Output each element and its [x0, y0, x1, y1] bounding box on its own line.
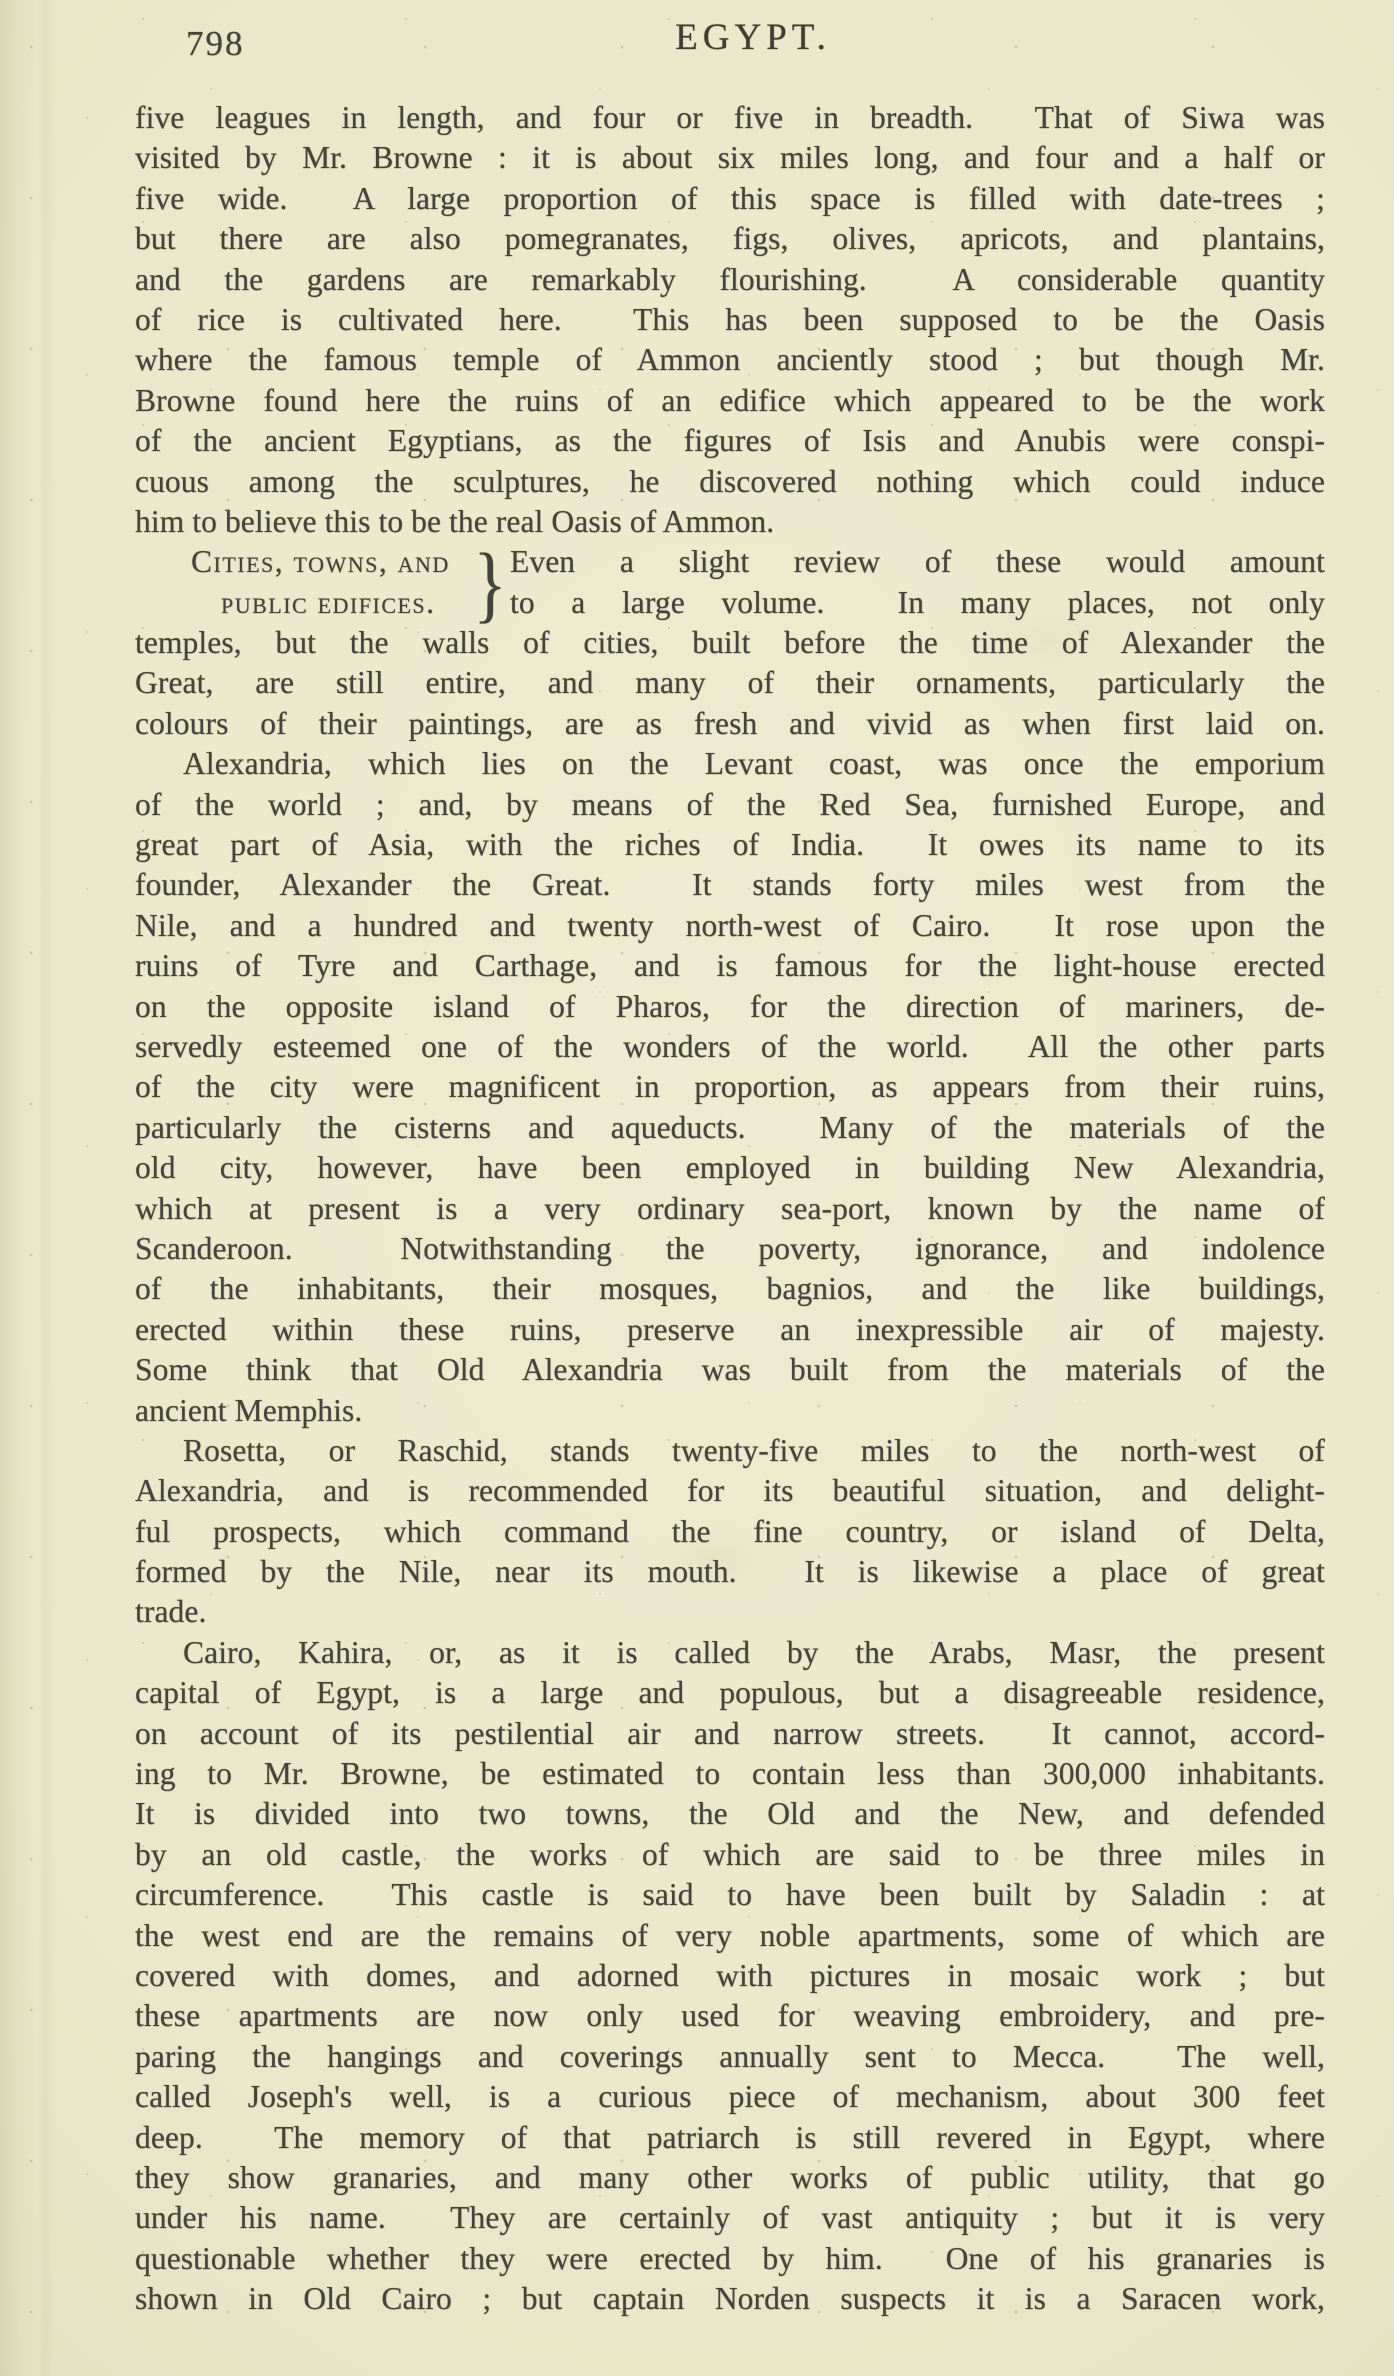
text-line: which at present is a very ordinary sea-… — [135, 1189, 1325, 1229]
text-line: trade. — [135, 1592, 1325, 1632]
sidehead-brace: } — [474, 542, 506, 623]
text-line: Alexandria, and is recommended for its b… — [135, 1471, 1325, 1511]
text-line: of the world ; and, by means of the Red … — [135, 785, 1325, 825]
text-line: visited by Mr. Browne : it is about six … — [135, 138, 1325, 178]
text-line: Great, are still entire, and many of the… — [135, 663, 1325, 703]
text-line: to a large volume. In many places, not o… — [510, 583, 1325, 623]
text-line: formed by the Nile, near its mouth. It i… — [135, 1552, 1325, 1592]
sidehead-texts: Even a slight review of these would amou… — [510, 542, 1325, 623]
text-line: temples, but the walls of cities, built … — [135, 623, 1325, 663]
text-line: shown in Old Cairo ; but captain Norden … — [135, 2279, 1325, 2319]
running-head: EGYPT. — [56, 16, 1394, 59]
text-line: capital of Egypt, is a large and populou… — [135, 1673, 1325, 1713]
text-line: cuous among the sculptures, he discovere… — [135, 462, 1325, 502]
text-line: and the gardens are remarkably flourishi… — [135, 260, 1325, 300]
text-line: circumference. This castle is said to ha… — [135, 1875, 1325, 1915]
text-line: five wide. A large proportion of this sp… — [135, 179, 1325, 219]
text-line: Even a slight review of these would amou… — [510, 542, 1325, 582]
text-line: by an old castle, the works of which are… — [135, 1835, 1325, 1875]
text-line: but there are also pomegranates, figs, o… — [135, 219, 1325, 259]
cities-towns-sidehead: Cities, towns, andpublic edifices.}Even … — [135, 542, 1325, 623]
text-line: him to believe this to be the real Oasis… — [135, 502, 1325, 542]
text-line: where the famous temple of Ammon ancient… — [135, 340, 1325, 380]
text-line: of rice is cultivated here. This has bee… — [135, 300, 1325, 340]
text-line: called Joseph's well, is a curious piece… — [135, 2077, 1325, 2117]
text-line: servedly esteemed one of the wonders of … — [135, 1027, 1325, 1067]
text-line: ancient Memphis. — [135, 1391, 1325, 1431]
text-line: erected within these ruins, preserve an … — [135, 1310, 1325, 1350]
text-line: Alexandria, which lies on the Levant coa… — [135, 744, 1325, 784]
text-line: of the inhabitants, their mosques, bagni… — [135, 1269, 1325, 1309]
book-page: 798 EGYPT. five leagues in length, and f… — [0, 0, 1394, 2376]
text-line: Nile, and a hundred and twenty north-wes… — [135, 906, 1325, 946]
text-line: on account of its pestilential air and n… — [135, 1714, 1325, 1754]
sidehead-label: public edifices. — [135, 583, 470, 623]
text-line: covered with domes, and adorned with pic… — [135, 1956, 1325, 1996]
sidehead-labels: Cities, towns, andpublic edifices. — [135, 542, 470, 623]
text-line: colours of their paintings, are as fresh… — [135, 704, 1325, 744]
text-line: particularly the cisterns and aqueducts.… — [135, 1108, 1325, 1148]
text-line: Rosetta, or Raschid, stands twenty-five … — [135, 1431, 1325, 1471]
text-line: of the ancient Egyptians, as the figures… — [135, 421, 1325, 461]
text-line: five leagues in length, and four or five… — [135, 98, 1325, 138]
text-line: these apartments are now only used for w… — [135, 1996, 1325, 2036]
text-line: Cairo, Kahira, or, as it is called by th… — [135, 1633, 1325, 1673]
text-line: Scanderoon. Notwithstanding the poverty,… — [135, 1229, 1325, 1269]
text-line: Browne found here the ruins of an edific… — [135, 381, 1325, 421]
text-line: under his name. They are certainly of va… — [135, 2198, 1325, 2238]
text-line: great part of Asia, with the riches of I… — [135, 825, 1325, 865]
text-line: they show granaries, and many other work… — [135, 2158, 1325, 2198]
text-line: on the opposite island of Pharos, for th… — [135, 987, 1325, 1027]
text-line: ful prospects, which command the fine co… — [135, 1512, 1325, 1552]
text-line: It is divided into two towns, the Old an… — [135, 1794, 1325, 1834]
text-line: of the city were magnificent in proporti… — [135, 1067, 1325, 1107]
text-line: deep. The memory of that patriarch is st… — [135, 2118, 1325, 2158]
sidehead-label: Cities, towns, and — [135, 542, 470, 582]
text-line: ing to Mr. Browne, be estimated to conta… — [135, 1754, 1325, 1794]
text-line: founder, Alexander the Great. It stands … — [135, 865, 1325, 905]
text-line: the west end are the remains of very nob… — [135, 1916, 1325, 1956]
text-line: paring the hangings and coverings annual… — [135, 2037, 1325, 2077]
text-line: Some think that Old Alexandria was built… — [135, 1350, 1325, 1390]
text-line: old city, however, have been employed in… — [135, 1148, 1325, 1188]
text-column: five leagues in length, and four or five… — [135, 98, 1325, 2320]
text-line: questionable whether they were erected b… — [135, 2239, 1325, 2279]
text-line: ruins of Tyre and Carthage, and is famou… — [135, 946, 1325, 986]
